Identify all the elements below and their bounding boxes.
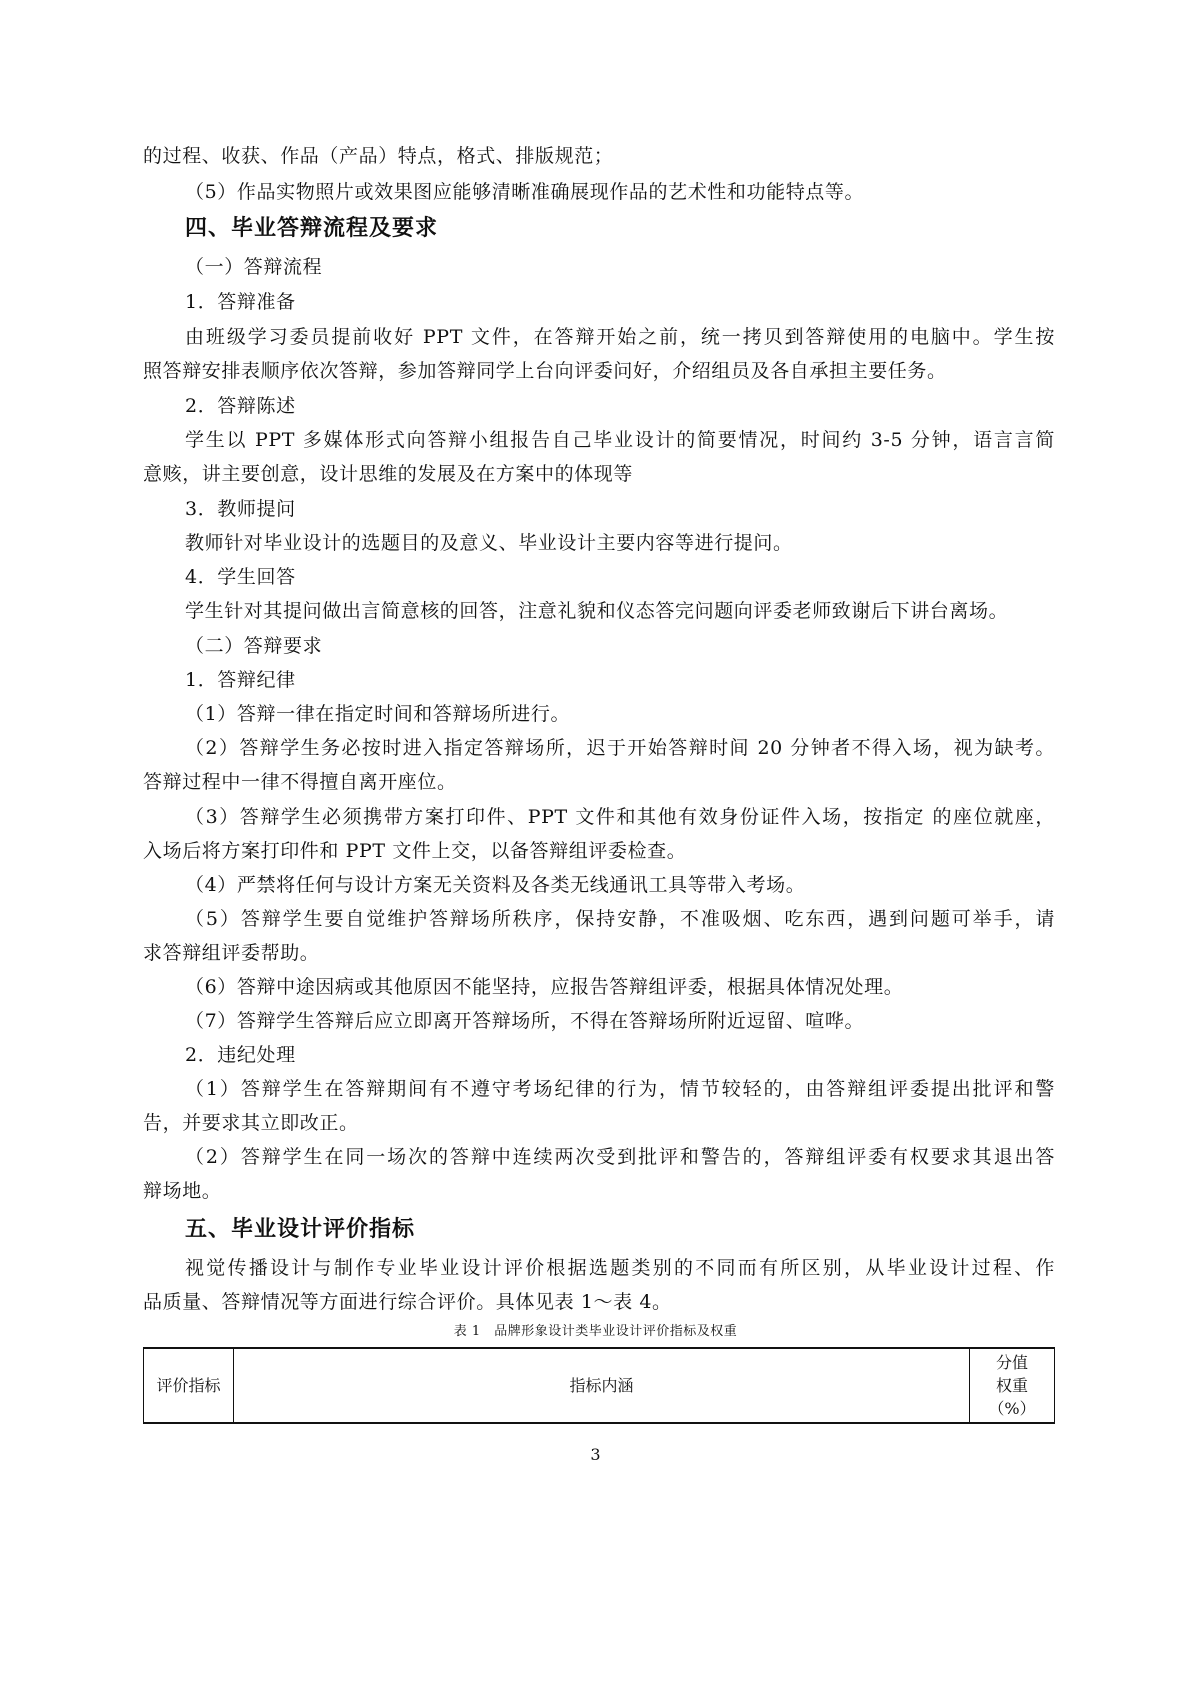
violation-item-1-cont: 告，并要求其立即改正。 — [143, 1111, 1055, 1135]
rule-heading-discipline: 1．答辩纪律 — [185, 668, 1055, 692]
rule-item-3: （3）答辩学生必须携带方案打印件、PPT 文件和其他有效身份证件入场，按指定 的… — [185, 805, 1055, 829]
weight-label-line3: （%） — [970, 1397, 1054, 1420]
paragraph-continuation: 的过程、收获、作品（产品）特点，格式、排版规范； — [143, 144, 1055, 168]
rule-item-1: （1）答辩一律在指定时间和答辩场所进行。 — [185, 702, 1055, 726]
step-heading-4: 4．学生回答 — [185, 565, 1055, 589]
paragraph-line: 学生以 PPT 多媒体形式向答辩小组报告自己毕业设计的简要情况，时间约 3-5 … — [185, 428, 1055, 452]
subsection-heading-defense-requirements: （二）答辩要求 — [185, 634, 1055, 658]
rule-item-2: （2）答辩学生务必按时进入指定答辩场所，迟于开始答辩时间 20 分钟者不得入场，… — [185, 736, 1055, 760]
violation-item-1: （1）答辩学生在答辩期间有不遵守考场纪律的行为，情节较轻的，由答辩组评委提出批评… — [185, 1077, 1055, 1101]
step-heading-1: 1．答辩准备 — [185, 290, 1055, 314]
page-number: 3 — [0, 1445, 1191, 1464]
section-heading-4: 四、毕业答辩流程及要求 — [185, 215, 438, 243]
rule-item-7: （7）答辩学生答辩后应立即离开答辩场所，不得在答辩场所附近逗留、喧哗。 — [185, 1009, 1055, 1033]
weight-label-line2: 权重 — [970, 1374, 1054, 1397]
header-cell-connotation: 指标内涵 — [234, 1348, 970, 1423]
paragraph-line: 由班级学习委员提前收好 PPT 文件，在答辩开始之前，统一拷贝到答辩使用的电脑中… — [185, 325, 1055, 349]
section-heading-5: 五、毕业设计评价指标 — [185, 1216, 415, 1244]
header-cell-indicator: 评价指标 — [144, 1348, 234, 1423]
paragraph-line: 视觉传播设计与制作专业毕业设计评价根据选题类别的不同而有所区别，从毕业设计过程、… — [185, 1256, 1055, 1280]
paragraph-line: 意赅，讲主要创意，设计思维的发展及在方案中的体现等 — [143, 462, 1055, 486]
rule-heading-violations: 2．违纪处理 — [185, 1043, 1055, 1067]
list-item-5: （5）作品实物照片或效果图应能够清晰准确展现作品的艺术性和功能特点等。 — [185, 180, 1055, 204]
violation-item-2: （2）答辩学生在同一场次的答辩中连续两次受到批评和警告的，答辩组评委有权要求其退… — [185, 1145, 1055, 1169]
table-caption: 表 1 品牌形象设计类毕业设计评价指标及权重 — [0, 1323, 1191, 1341]
paragraph-line: 照答辩安排表顺序依次答辩，参加答辩同学上台向评委问好，介绍组员及各自承担主要任务… — [143, 359, 1055, 383]
evaluation-table: 评价指标 指标内涵 分值 权重 （%） — [143, 1347, 1055, 1424]
paragraph-line: 品质量、答辩情况等方面进行综合评价。具体见表 1～表 4。 — [143, 1290, 1055, 1314]
paragraph-line: 教师针对毕业设计的选题目的及意义、毕业设计主要内容等进行提问。 — [185, 531, 1055, 555]
weight-label-line1: 分值 — [970, 1351, 1054, 1374]
violation-item-2-cont: 辩场地。 — [143, 1179, 1055, 1203]
document-page: 的过程、收获、作品（产品）特点，格式、排版规范； （5）作品实物照片或效果图应能… — [0, 0, 1191, 1684]
rule-item-2-cont: 答辩过程中一律不得擅自离开座位。 — [143, 770, 1055, 794]
step-heading-3: 3．教师提问 — [185, 497, 1055, 521]
rule-item-5: （5）答辩学生要自觉维护答辩场所秩序，保持安静，不准吸烟、吃东西，遇到问题可举手… — [185, 907, 1055, 931]
table-header-row: 评价指标 指标内涵 分值 权重 （%） — [144, 1348, 1055, 1423]
paragraph-line: 学生针对其提问做出言简意核的回答，注意礼貌和仪态答完问题向评委老师致谢后下讲台离… — [185, 599, 1055, 623]
subsection-heading-defense-process: （一）答辩流程 — [185, 255, 1055, 279]
header-cell-weight: 分值 权重 （%） — [970, 1348, 1055, 1423]
rule-item-6: （6）答辩中途因病或其他原因不能坚持，应报告答辩组评委，根据具体情况处理。 — [185, 975, 1055, 999]
step-heading-2: 2．答辩陈述 — [185, 394, 1055, 418]
rule-item-5-cont: 求答辩组评委帮助。 — [143, 941, 1055, 965]
rule-item-3-cont: 入场后将方案打印件和 PPT 文件上交，以备答辩组评委检查。 — [143, 839, 1055, 863]
rule-item-4: （4）严禁将任何与设计方案无关资料及各类无线通讯工具等带入考场。 — [185, 873, 1055, 897]
